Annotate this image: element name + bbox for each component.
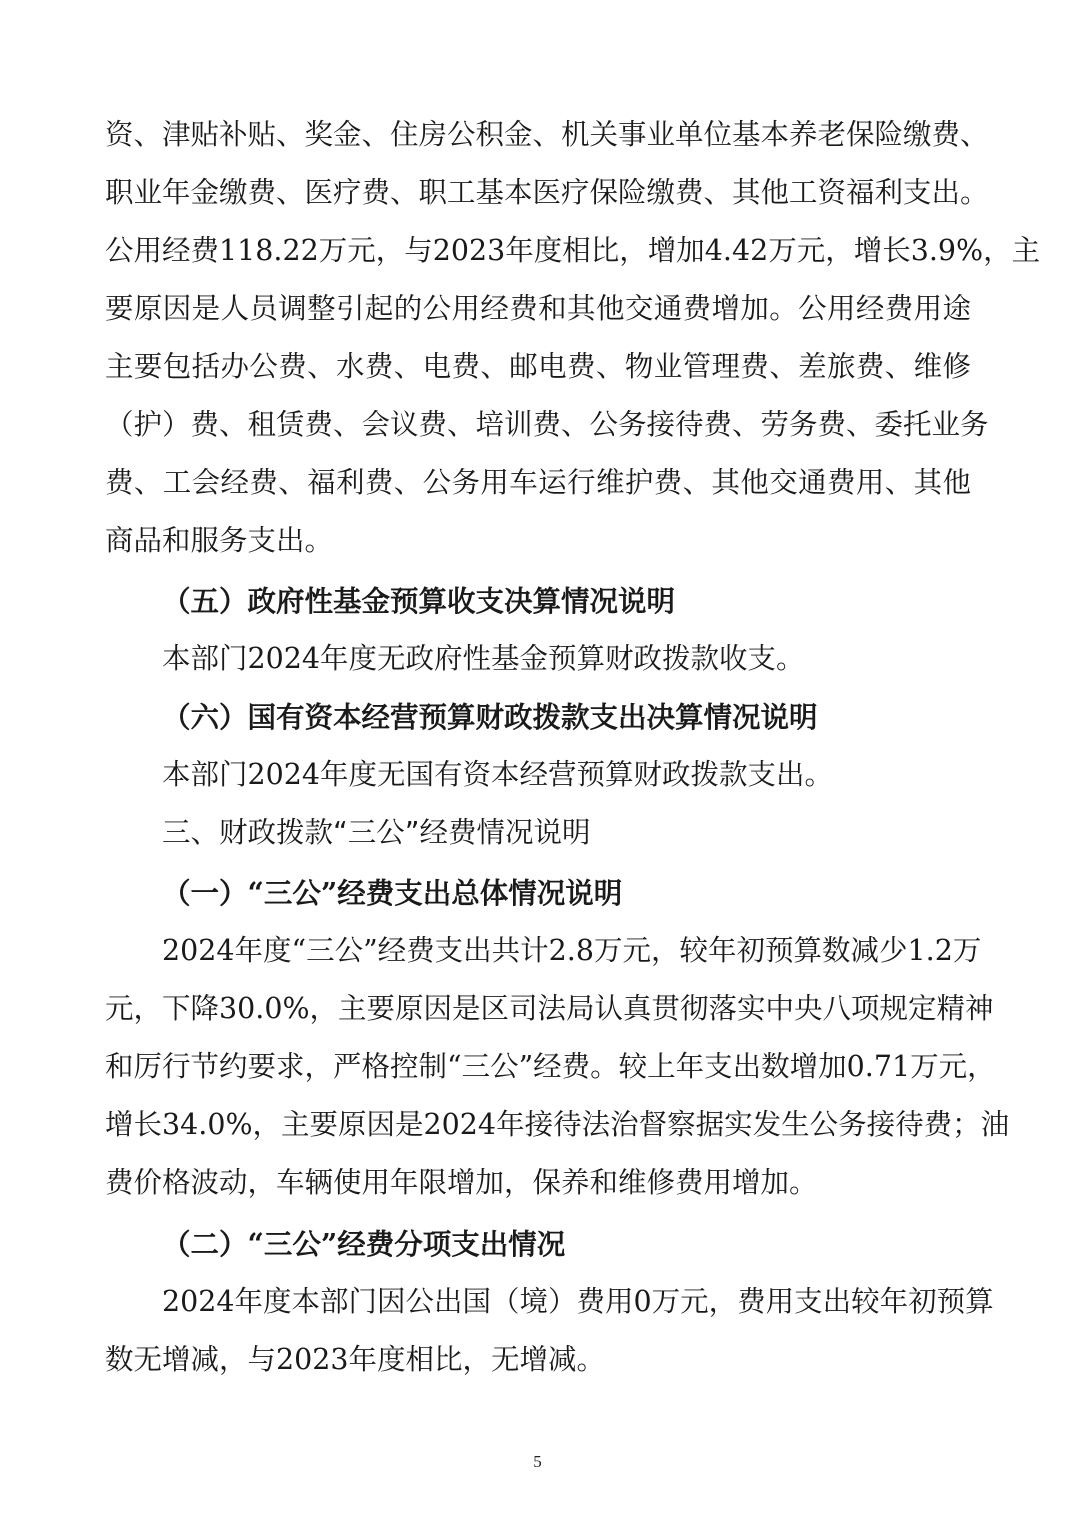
- body-text-line: 本部门2024年度无国有资本经营预算财政拨款支出。: [162, 755, 971, 795]
- body-text-line: 数无增减，与2023年度相比，无增减。: [105, 1340, 971, 1380]
- body-text-line: 公用经费118.22万元，与2023年度相比，增加4.42万元，增长3.9%，主: [105, 231, 971, 271]
- body-text-line: 元，下降30.0%，主要原因是区司法局认真贯彻落实中央八项规定精神: [105, 989, 971, 1029]
- body-text-line: 费、工会经费、福利费、公务用车运行维护费、其他交通费用、其他: [105, 463, 971, 503]
- body-text-line: 资、津贴补贴、奖金、住房公积金、机关事业单位基本养老保险缴费、: [105, 115, 971, 155]
- body-text-line: 和厉行节约要求，严格控制“三公”经费。较上年支出数增加0.71万元，: [105, 1047, 971, 1087]
- document-page: 资、津贴补贴、奖金、住房公积金、机关事业单位基本养老保险缴费、 职业年金缴费、医…: [0, 0, 1075, 1520]
- body-text-line: 2024年度本部门因公出国（境）费用0万元，费用支出较年初预算: [162, 1282, 971, 1322]
- chapter-heading: 三、财政拨款“三公”经费情况说明: [162, 813, 971, 853]
- body-text-line: 费价格波动，车辆使用年限增加，保养和维修费用增加。: [105, 1163, 971, 1203]
- section-heading: （六）国有资本经营预算财政拨款支出决算情况说明: [162, 697, 971, 737]
- page-number: 5: [0, 1452, 1075, 1472]
- section-heading: （二）“三公”经费分项支出情况: [162, 1224, 971, 1264]
- body-text-line: 本部门2024年度无政府性基金预算财政拨款收支。: [162, 639, 971, 679]
- section-heading: （五）政府性基金预算收支决算情况说明: [162, 581, 971, 621]
- body-text-line: 增长34.0%，主要原因是2024年接待法治督察据实发生公务接待费；油: [105, 1105, 971, 1145]
- body-text-line: 商品和服务支出。: [105, 521, 971, 561]
- body-text-line: 职业年金缴费、医疗费、职工基本医疗保险缴费、其他工资福利支出。: [105, 173, 971, 213]
- body-text-line: 要原因是人员调整引起的公用经费和其他交通费增加。公用经费用途: [105, 289, 971, 329]
- body-text-line: 主要包括办公费、水费、电费、邮电费、物业管理费、差旅费、维修: [105, 347, 971, 387]
- body-text-line: 2024年度“三公”经费支出共计2.8万元，较年初预算数减少1.2万: [162, 931, 971, 971]
- section-heading: （一）“三公”经费支出总体情况说明: [162, 873, 971, 913]
- body-text-line: （护）费、租赁费、会议费、培训费、公务接待费、劳务费、委托业务: [105, 405, 971, 445]
